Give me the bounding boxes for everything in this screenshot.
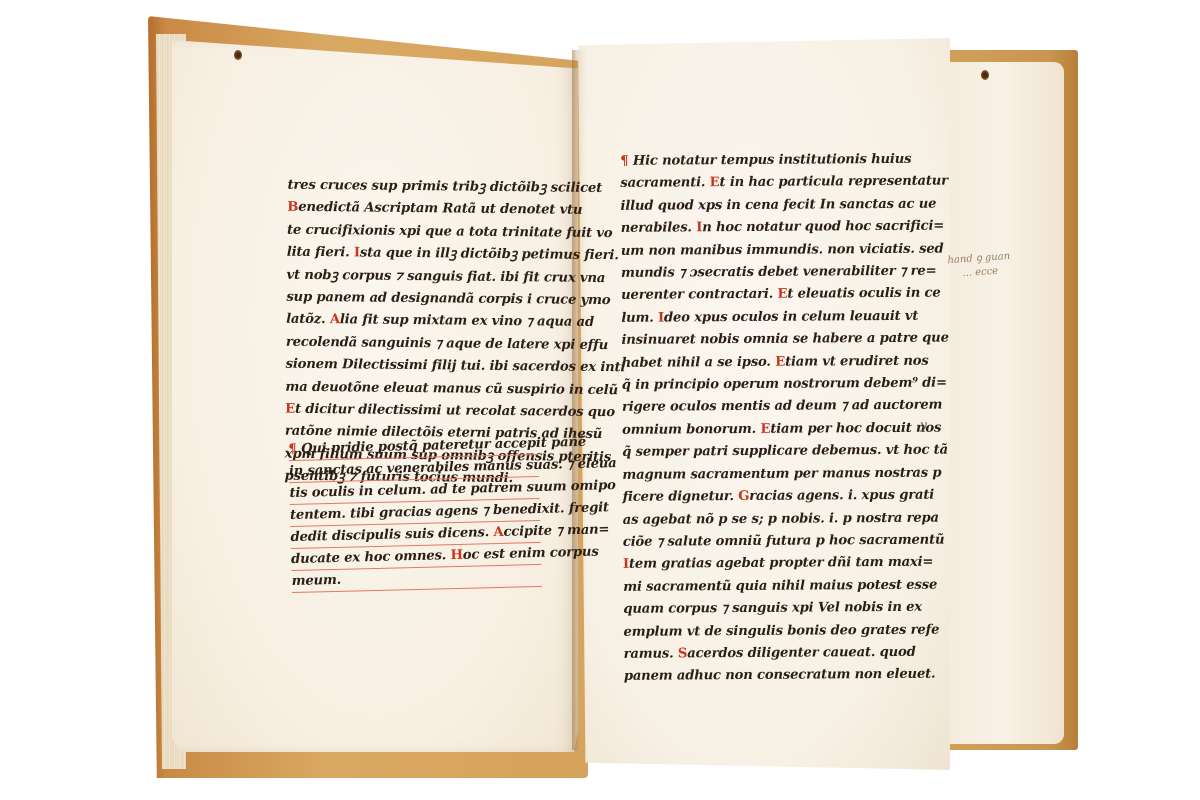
page-mark: y: [920, 418, 927, 432]
text-line: ciõe ⁊ salute omniũ futura p hoc sacrame…: [623, 530, 858, 554]
text-line: sionem Dilectissimi filij tui. ibi sacer…: [286, 354, 536, 379]
text-line: insinuaret nobis omnia se habere a patre…: [621, 328, 856, 352]
wormhole-right: [981, 70, 989, 80]
underlying-page: [940, 62, 1064, 744]
text-line: sacramenti. Et in hac particula represen…: [620, 172, 855, 196]
text-line: latõz. Alia fit sup mixtam ex vino ⁊ aqu…: [286, 309, 536, 334]
text-line: omnium bonorum. Etiam per hoc docuit nos: [622, 418, 857, 442]
text-line: ficere dignetur. Gracias agens. i. xpus …: [622, 485, 857, 509]
text-line: te crucifixionis xpi que a tota trinitat…: [287, 220, 537, 245]
text-line: sup panem ad designandã corpis i cruce y…: [286, 287, 536, 312]
text-line: lita fieri. Ista que in illꝫ dictõibꝫ pe…: [287, 242, 537, 267]
text-line: illud quod xps in cena fecit In sanctas …: [620, 194, 855, 218]
text-line: rigere oculos mentis ad deum ⁊ ad auctor…: [622, 396, 857, 420]
text-line: ¶ Hic notatur tempus institutionis huius: [620, 149, 855, 173]
text-line: uerenter contractari. Et eleuatis oculis…: [621, 284, 856, 308]
text-line: ramus. Sacerdos diligenter caueat. quod: [624, 642, 859, 666]
text-line: ma deuotõne eleuat manus cũ suspirio in …: [285, 376, 535, 401]
text-line: recolendã sanguinis ⁊ aque de latere xpi…: [286, 332, 536, 357]
text-line: mundis ⁊ ɔsecratis debet venerabiliter ⁊…: [621, 261, 856, 285]
left-page-paragraph-2: ¶ Qui pridie postq̃ pateretur accepit pa…: [288, 433, 542, 593]
text-line: Et dicitur dilectissimi ut recolat sacer…: [285, 399, 535, 424]
text-line: quam corpus ⁊ sanguis xpi Vel nobis in e…: [623, 597, 858, 621]
text-line: Item gratias agebat propter dñi tam maxi…: [623, 552, 858, 576]
text-line: magnum sacramentum per manus nostras p: [622, 463, 857, 487]
text-line: lum. Ideo xpus oculos in celum leuauit v…: [621, 306, 856, 330]
text-line: emplum vt de singulis bonis deo grates r…: [623, 620, 858, 644]
text-line: um non manibus immundis. non viciatis. s…: [621, 239, 856, 263]
text-line: tres cruces sup primis tribꝫ dictõibꝫ sc…: [287, 175, 537, 200]
text-line: nerabiles. In hoc notatur quod hoc sacri…: [621, 216, 856, 240]
wormhole-left: [234, 50, 242, 60]
text-line: q̃ in principio operum nostrorum debem⁹ …: [622, 373, 857, 397]
text-line: Benedictã Ascriptam Ratã ut denotet vtu: [287, 197, 537, 222]
text-line: habet nihil a se ipso. Etiam vt erudiret…: [622, 351, 857, 375]
text-line: q̃ semper patri supplicare debemus. vt h…: [622, 440, 857, 464]
right-page-paragraph: ¶ Hic notatur tempus institutionis huius…: [620, 149, 859, 688]
text-line: as agebat nõ p se s; p nobis. i. p nostr…: [623, 508, 858, 532]
book-gutter: [572, 50, 586, 750]
text-line: vt nobꝫ corpus ⁊ sanguis fiat. ibi fit c…: [286, 264, 536, 289]
text-line: panem adhuc non consecratum non eleuet.: [624, 665, 859, 689]
text-line: mi sacramentũ quia nihil maius potest es…: [623, 575, 858, 599]
handwritten-margin-note: hand ꝯ guan ... ecce: [947, 250, 1012, 282]
